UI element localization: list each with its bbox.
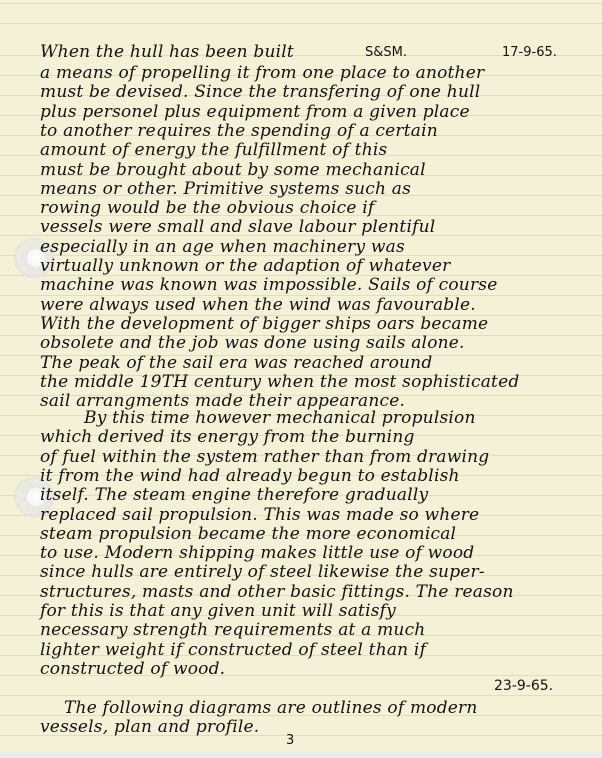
paragraph-2-line: for this is that any given unit will sat… — [40, 601, 396, 621]
paragraph-1-line: especially in an age when machinery was — [40, 237, 405, 257]
paragraph-3-line: vessels, plan and profile. — [40, 717, 259, 737]
paragraph-1-line: to another requires the spending of a ce… — [40, 121, 438, 141]
paragraph-2-line: which derived its energy from the burnin… — [40, 427, 415, 447]
page-number: 3 — [286, 733, 294, 748]
paragraph-1-line: must be devised. Since the transfering o… — [40, 82, 480, 102]
second-date: 23-9-65. — [494, 678, 553, 694]
paragraph-2-line: it from the wind had already begun to es… — [40, 466, 460, 486]
paragraph-2-line: constructed of wood. — [40, 659, 225, 679]
paragraph-1-line: means or other. Primitive systems such a… — [40, 179, 411, 199]
paragraph-2-line: steam propulsion became the more economi… — [40, 524, 456, 544]
paragraph-2-line: itself. The steam engine therefore gradu… — [40, 485, 428, 505]
paragraph-2-line: By this time however mechanical propulsi… — [84, 408, 476, 428]
paragraph-1-line: machine was known was impossible. Sails … — [40, 275, 497, 295]
header-date: 17-9-65. — [502, 45, 557, 60]
paragraph-2-line: structures, masts and other basic fittin… — [40, 582, 514, 602]
paragraph-1-line: With the development of bigger ships oar… — [40, 314, 488, 334]
header-code: S&SM. — [365, 45, 407, 60]
paragraph-1-line: plus personel plus equipment from a give… — [40, 102, 470, 122]
paragraph-1-line: obsolete and the job was done using sail… — [40, 333, 465, 353]
notebook-page: When the hull has been built S&SM. 17-9-… — [0, 0, 602, 752]
paragraph-1-line: rowing would be the obvious choice if — [40, 198, 374, 218]
paragraph-1-line: the middle 19TH century when the most so… — [40, 372, 519, 392]
paragraph-2-line: of fuel within the system rather than fr… — [40, 447, 489, 467]
paragraph-1-line: vessels were small and slave labour plen… — [40, 217, 435, 237]
paragraph-1-line: must be brought about by some mechanical — [40, 160, 426, 180]
paragraph-1-line: a means of propelling it from one place … — [40, 63, 484, 83]
paragraph-2-line: replaced sail propulsion. This was made … — [40, 505, 479, 525]
paragraph-1-line: amount of energy the fulfillment of this — [40, 140, 387, 160]
paragraph-1-line: were always used when the wind was favou… — [40, 295, 476, 315]
header-first-line: When the hull has been built — [40, 42, 294, 62]
paragraph-2-line: lighter weight if constructed of steel t… — [40, 640, 426, 660]
paragraph-2-line: necessary strength requirements at a muc… — [40, 620, 425, 640]
paragraph-1-line: virtually unknown or the adaption of wha… — [40, 256, 450, 276]
paragraph-3-line: The following diagrams are outlines of m… — [64, 698, 478, 718]
paragraph-2-line: since hulls are entirely of steel likewi… — [40, 562, 485, 582]
paragraph-1-line: The peak of the sail era was reached aro… — [40, 353, 432, 373]
paragraph-2-line: to use. Modern shipping makes little use… — [40, 543, 474, 563]
